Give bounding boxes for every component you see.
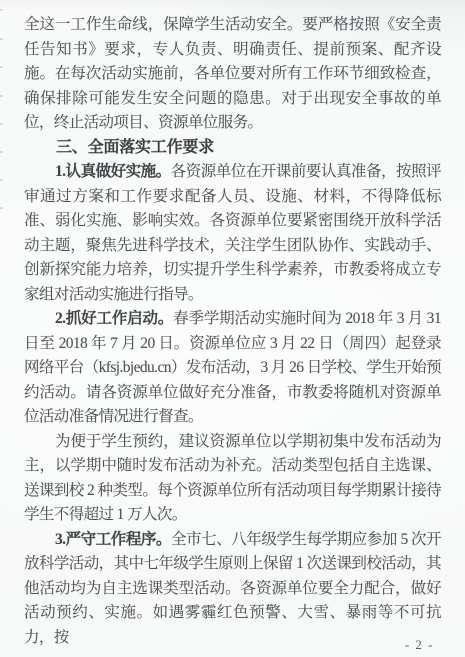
scan-artifact (0, 38, 3, 40)
paragraph-4: 3.严守工作程序。全市七、八年级学生每学期应参加 5 次开放科学活动，其中七年级… (24, 528, 441, 651)
paragraph-2-text: 春季学期活动实施时间为 2018 年 3 月 31 日至 2018 年 7 月 … (24, 310, 441, 425)
scan-artifact (0, 123, 3, 125)
scan-artifact (0, 179, 3, 181)
document-body: 全这一工作生命线，保障学生活动安全。要严格按照《安全责任告知书》要求，专人负责、… (24, 13, 441, 650)
scan-artifact (0, 66, 3, 68)
paragraph-3-text: 为便于学生预约，建议资源单位以学期初集中发布活动为主，以学期中随时发布活动为补充… (24, 433, 441, 524)
paragraph-continuation: 全这一工作生命线，保障学生活动安全。要严格按照《安全责任告知书》要求，专人负责、… (24, 13, 441, 136)
paragraph-1-text: 各资源单位在开课前要认真准备，按照评审通过方案和工作要求配备人员、设施、材料，不… (24, 163, 441, 303)
paragraph-2-lead: 2.抓好工作启动。 (55, 310, 173, 327)
page-number: - 2 - (405, 638, 434, 651)
scanned-document-page: 全这一工作生命线，保障学生活动安全。要严格按照《安全责任告知书》要求，专人负责、… (0, 0, 465, 657)
scan-artifact (0, 151, 3, 153)
scan-artifact (0, 9, 3, 11)
paragraph-1: 1.认真做好实施。各资源单位在开课前要认真准备，按照评审通过方案和工作要求配备人… (24, 160, 441, 307)
scan-artifact (0, 95, 3, 97)
paragraph-1-lead: 1.认真做好实施。 (55, 163, 171, 180)
scan-artifact (0, 207, 3, 209)
section-heading: 三、全面落实工作要求 (24, 136, 441, 161)
paragraph-3: 为便于学生预约，建议资源单位以学期初集中发布活动为主，以学期中随时发布活动为补充… (24, 430, 441, 528)
paragraph-2: 2.抓好工作启动。春季学期活动实施时间为 2018 年 3 月 31 日至 20… (24, 307, 441, 430)
paragraph-4-lead: 3.严守工作程序。 (55, 531, 171, 548)
